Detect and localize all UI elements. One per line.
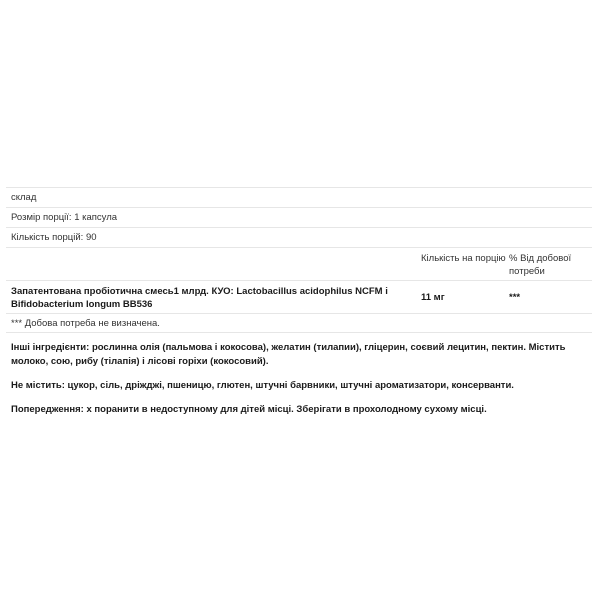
servings-per-container-row: Кількість порцій: 90: [6, 227, 592, 247]
serving-size: Розмір порції: 1 капсула: [11, 212, 117, 223]
warning: Попередження: х поранити в недоступному …: [11, 403, 592, 417]
header-amount: Кількість на порцію: [421, 252, 509, 265]
ingredient-daily-value: ***: [509, 285, 589, 304]
supplement-title: склад: [11, 192, 36, 203]
footnote-row: *** Добова потреба не визначена.: [6, 313, 592, 333]
product-notes: Інші інгредієнти: рослинна олія (пальмов…: [6, 341, 592, 427]
table-header-row: Кількість на порцію % Від добової потреб…: [6, 247, 592, 280]
serving-size-row: Розмір порції: 1 капсула: [6, 207, 592, 227]
other-ingredients: Інші інгредієнти: рослинна олія (пальмов…: [11, 341, 592, 369]
free-of: Не містить: цукор, сіль, дріжджі, пшениц…: [11, 379, 592, 393]
footnote: *** Добова потреба не визначена.: [11, 318, 160, 329]
table-row: Запатентована пробіотична смесь1 млрд. К…: [6, 280, 592, 313]
header-daily-value: % Від добової потреби: [509, 252, 589, 278]
supplement-facts-table: склад Розмір порції: 1 капсула Кількість…: [6, 187, 592, 333]
supplement-title-row: склад: [6, 187, 592, 207]
ingredient-name: Запатентована пробіотична смесь1 млрд. К…: [11, 285, 421, 311]
ingredient-amount: 11 мг: [421, 285, 509, 304]
servings-per-container: Кількість порцій: 90: [11, 232, 97, 243]
